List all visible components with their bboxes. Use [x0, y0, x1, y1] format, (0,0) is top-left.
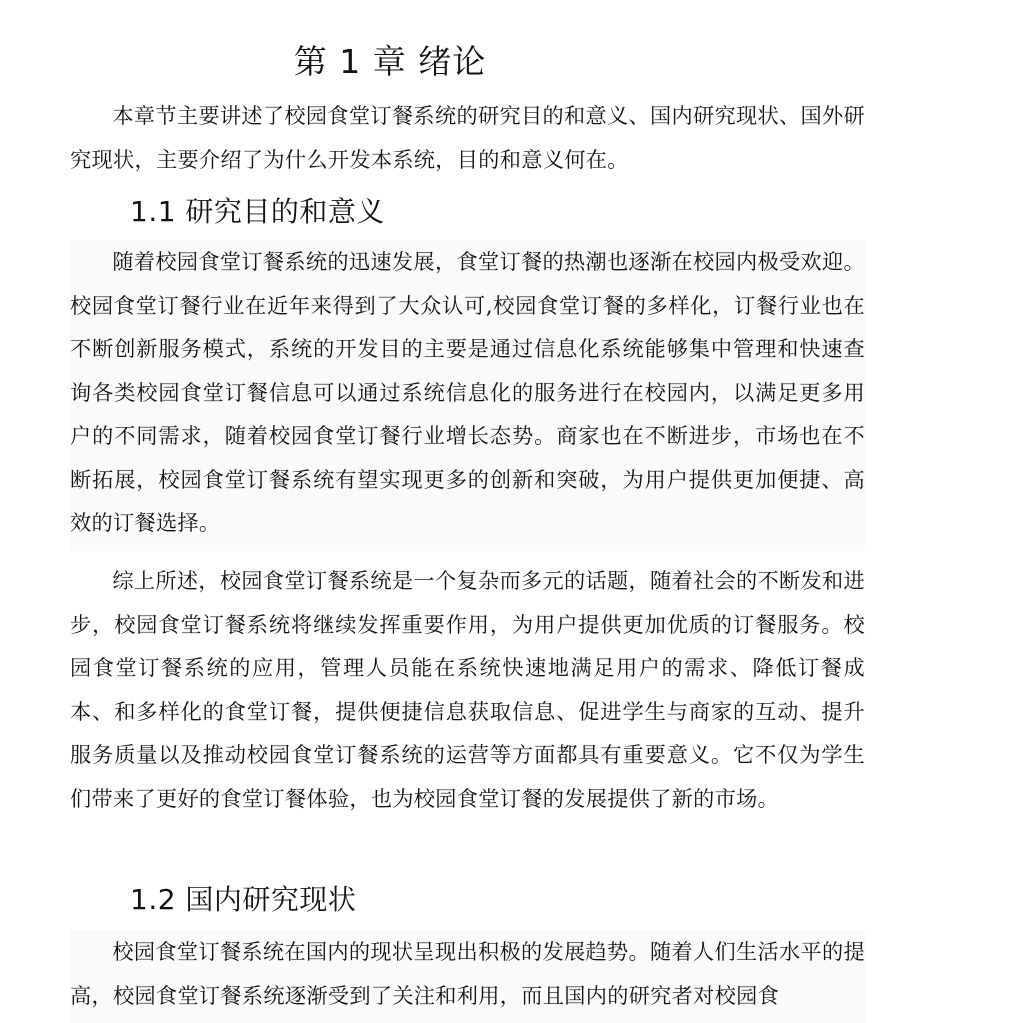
paragraph-research-purpose-2: 综上所述，校园食堂订餐系统是一个复杂而多元的话题，随着社会的不断发和进步，校园食… [70, 559, 865, 820]
document-page: 第 1 章 绪论 本章节主要讲述了校园食堂订餐系统的研究目的和意义、国内研究现状… [0, 0, 1015, 1023]
paragraph-domestic-research-1: 校园食堂订餐系统在国内的现状呈现出积极的发展趋势。随着人们生活水平的提高，校园食… [70, 930, 865, 1023]
section-title-research-purpose: 1.1 研究目的和意义 [130, 192, 385, 232]
paragraph-research-purpose-1: 随着校园食堂订餐系统的迅速发展，食堂订餐的热潮也逐渐在校园内极受欢迎。校园食堂订… [70, 240, 865, 551]
chapter-title: 第 1 章 绪论 [0, 38, 780, 86]
intro-paragraph: 本章节主要讲述了校园食堂订餐系统的研究目的和意义、国内研究现状、国外研究现状，主… [70, 94, 865, 181]
section-title-domestic-research: 1.2 国内研究现状 [130, 880, 356, 920]
